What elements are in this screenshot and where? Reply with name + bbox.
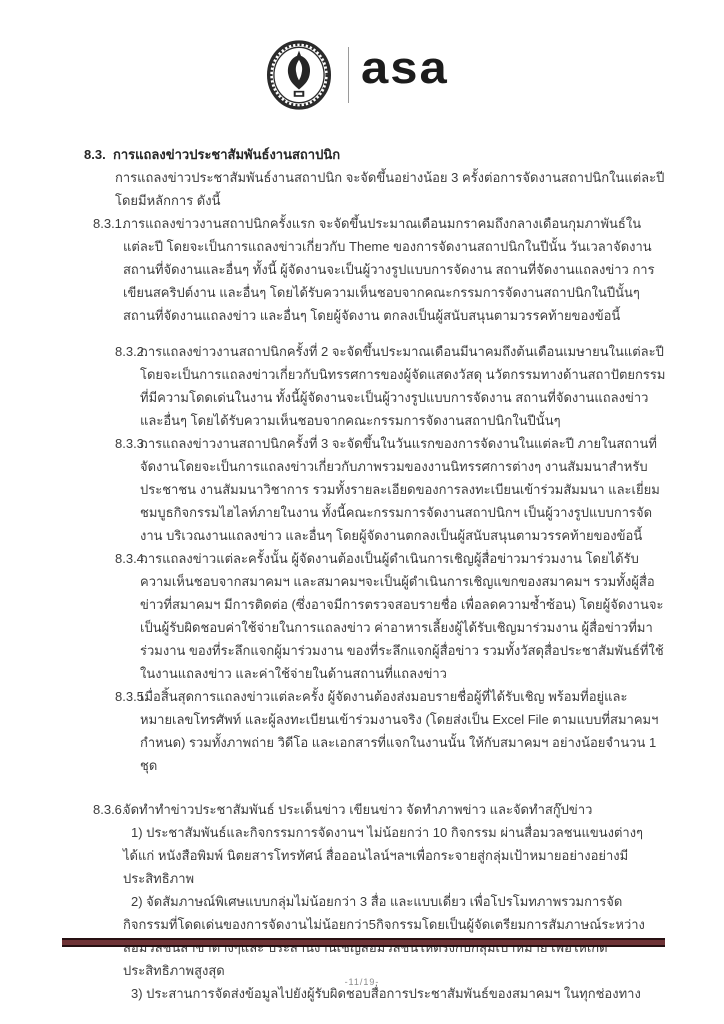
clause-8-3-4: 8.3.4. การแถลงข่าวแต่ละครั้งนั้น ผู้จัดง… (84, 547, 666, 685)
page-header: asa (0, 0, 724, 130)
section-title: การแถลงข่าวประชาสัมพันธ์งานสถาปนิก (113, 147, 340, 162)
clause-8-3-6-subitem-2: 2) จัดสัมภาษณ์พิเศษแบบกลุ่มไม่น้อยกว่า 3… (123, 890, 666, 982)
page-number: -11/19- (0, 977, 724, 987)
document-page: asa 8.3. การแถลงข่าวประชาสัมพันธ์งานสถาป… (0, 0, 724, 1024)
asa-association-seal-icon (266, 40, 332, 110)
clause-number: 8.3.5. (115, 685, 148, 708)
asa-wordmark: asa (361, 46, 449, 91)
clause-8-3-5: 8.3.5. เมื่อสิ้นสุดการแถลงข่าวแต่ละครั้ง… (84, 685, 666, 777)
clause-text: เมื่อสิ้นสุดการแถลงข่าวแต่ละครั้ง ผู้จัด… (140, 689, 658, 773)
clause-8-3-6-subitem-1: 1) ประชาสัมพันธ์และกิจกรรมการจัดงานฯ ไม่… (123, 821, 666, 890)
clause-text: จัดทำทำข่าวประชาสัมพันธ์ ประเด็นข่าว เขี… (123, 802, 592, 817)
clause-number: 8.3.6. (93, 798, 126, 821)
clause-text: การแถลงข่าวงานสถาปนิกครั้งแรก จะจัดขึ้นป… (123, 216, 655, 323)
footer-rule-bar (62, 938, 665, 947)
clause-8-3-2: 8.3.2. การแถลงข่าวงานสถาปนิกครั้งที่ 2 จ… (84, 340, 666, 432)
clause-number: 8.3.2. (115, 340, 148, 363)
clause-number: 8.3.4. (115, 547, 148, 570)
clause-text: การแถลงข่าวแต่ละครั้งนั้น ผู้จัดงานต้องเ… (140, 551, 664, 681)
clause-8-3-3: 8.3.3. การแถลงข่าวงานสถาปนิกครั้งที่ 3 จ… (84, 432, 666, 547)
clause-8-3-1: 8.3.1. การแถลงข่าวงานสถาปนิกครั้งแรก จะจ… (84, 212, 666, 327)
logo-divider (348, 47, 349, 103)
section-heading: 8.3. การแถลงข่าวประชาสัมพันธ์งานสถาปนิก (84, 143, 666, 166)
clause-number: 8.3.3. (115, 432, 148, 455)
clause-text: การแถลงข่าวงานสถาปนิกครั้งที่ 2 จะจัดขึ้… (140, 344, 665, 428)
clause-8-3-6: 8.3.6. จัดทำทำข่าวประชาสัมพันธ์ ประเด็นข… (84, 798, 666, 1005)
clause-text: การแถลงข่าวงานสถาปนิกครั้งที่ 3 จะจัดขึ้… (140, 436, 660, 543)
clause-number: 8.3.1. (93, 212, 126, 235)
section-intro: การแถลงข่าวประชาสัมพันธ์งานสถาปนิก จะจัด… (115, 166, 666, 212)
section-number: 8.3. (84, 143, 106, 166)
document-content: 8.3. การแถลงข่าวประชาสัมพันธ์งานสถาปนิก … (84, 143, 666, 1005)
